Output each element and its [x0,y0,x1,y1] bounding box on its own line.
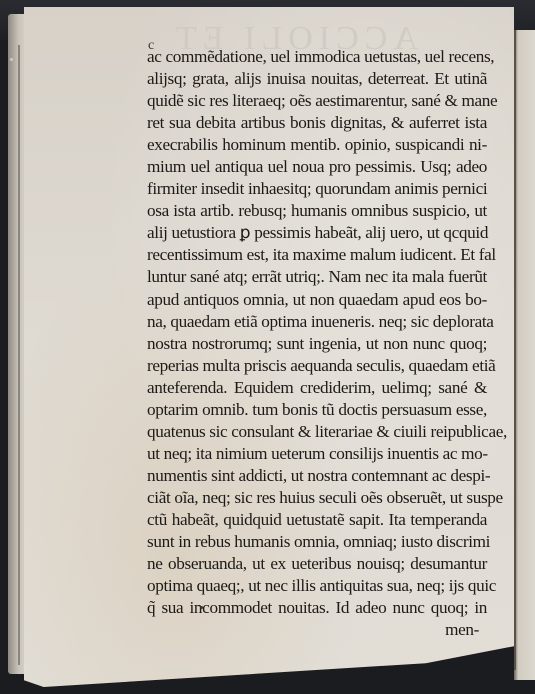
text-block: ac commẽdatione, uel immodica uetustas, … [147,46,487,641]
text-line: quidẽ sic res literaeq; oẽs aestimarentu… [147,90,487,112]
text-line: alij uetustiora ꝑ pessimis habeãt, alij … [147,222,487,244]
text-line: ne obseruanda, ut ex ueteribus nouisq; d… [147,553,487,575]
speck [10,58,13,61]
text-line: apud antiquos omnia, ut non quaedam apud… [147,289,487,311]
text-line: ut neq; ita nimium ueterum consilijs inu… [147,443,487,465]
text-line: optima quaeq;, ut nec illis antiquitas s… [147,575,487,597]
text-line: optarim omnib. tum bonis tũ doctis persu… [147,399,487,421]
text-line: reperias multa priscis aequanda seculis,… [147,355,487,377]
text-line: ctũ habeãt, quidquid uetustatẽ sapit. It… [147,509,487,531]
facing-page-edge [514,30,535,680]
text-line: nostra nostrorumq; sunt ingenia, ut non … [147,333,487,355]
gutter-line [514,30,516,670]
text-line: mium uel antiqua uel noua pro pessimis. … [147,156,487,178]
text-line: recentissimum est, ita maxime malum iudi… [147,244,487,266]
text-line: na, quaedam etiã optima inueneris. neq; … [147,311,487,333]
text-line: execrabilis hominum mentib. opinio, susp… [147,134,487,156]
text-line: numentis sint addicti, ut nostra contemn… [147,465,487,487]
text-line: quatenus sic consulant & literariae & ci… [147,421,487,443]
catchword: men- [147,619,487,641]
text-line: sunt in rebus humanis omnia, omniaq; ius… [147,531,487,553]
text-line: osa ista artib. rebusq; humanis omnibus … [147,200,487,222]
text-line: alijsq; grata, alijs inuisa nouitas, det… [147,68,487,90]
text-line: ac commẽdatione, uel immodica uetustas, … [147,46,487,68]
text-line: q̃ sua incommodet nouitas. Id adeo nunc … [147,597,487,619]
text-line: anteferenda. Equidem crediderim, uelimq;… [147,377,487,399]
text-line: ret sua debita artibus bonis dignitas, &… [147,112,487,134]
text-line: firmiter insedit inhaesitq; quorundam an… [147,178,487,200]
ink-speck [200,606,203,609]
page-stack-line [18,45,20,665]
text-line: luntur sané atq; errãt utriq;. Nam nec i… [147,266,487,288]
text-line: ciãt oĩa, neq; sic res huius seculi oẽs … [147,487,487,509]
